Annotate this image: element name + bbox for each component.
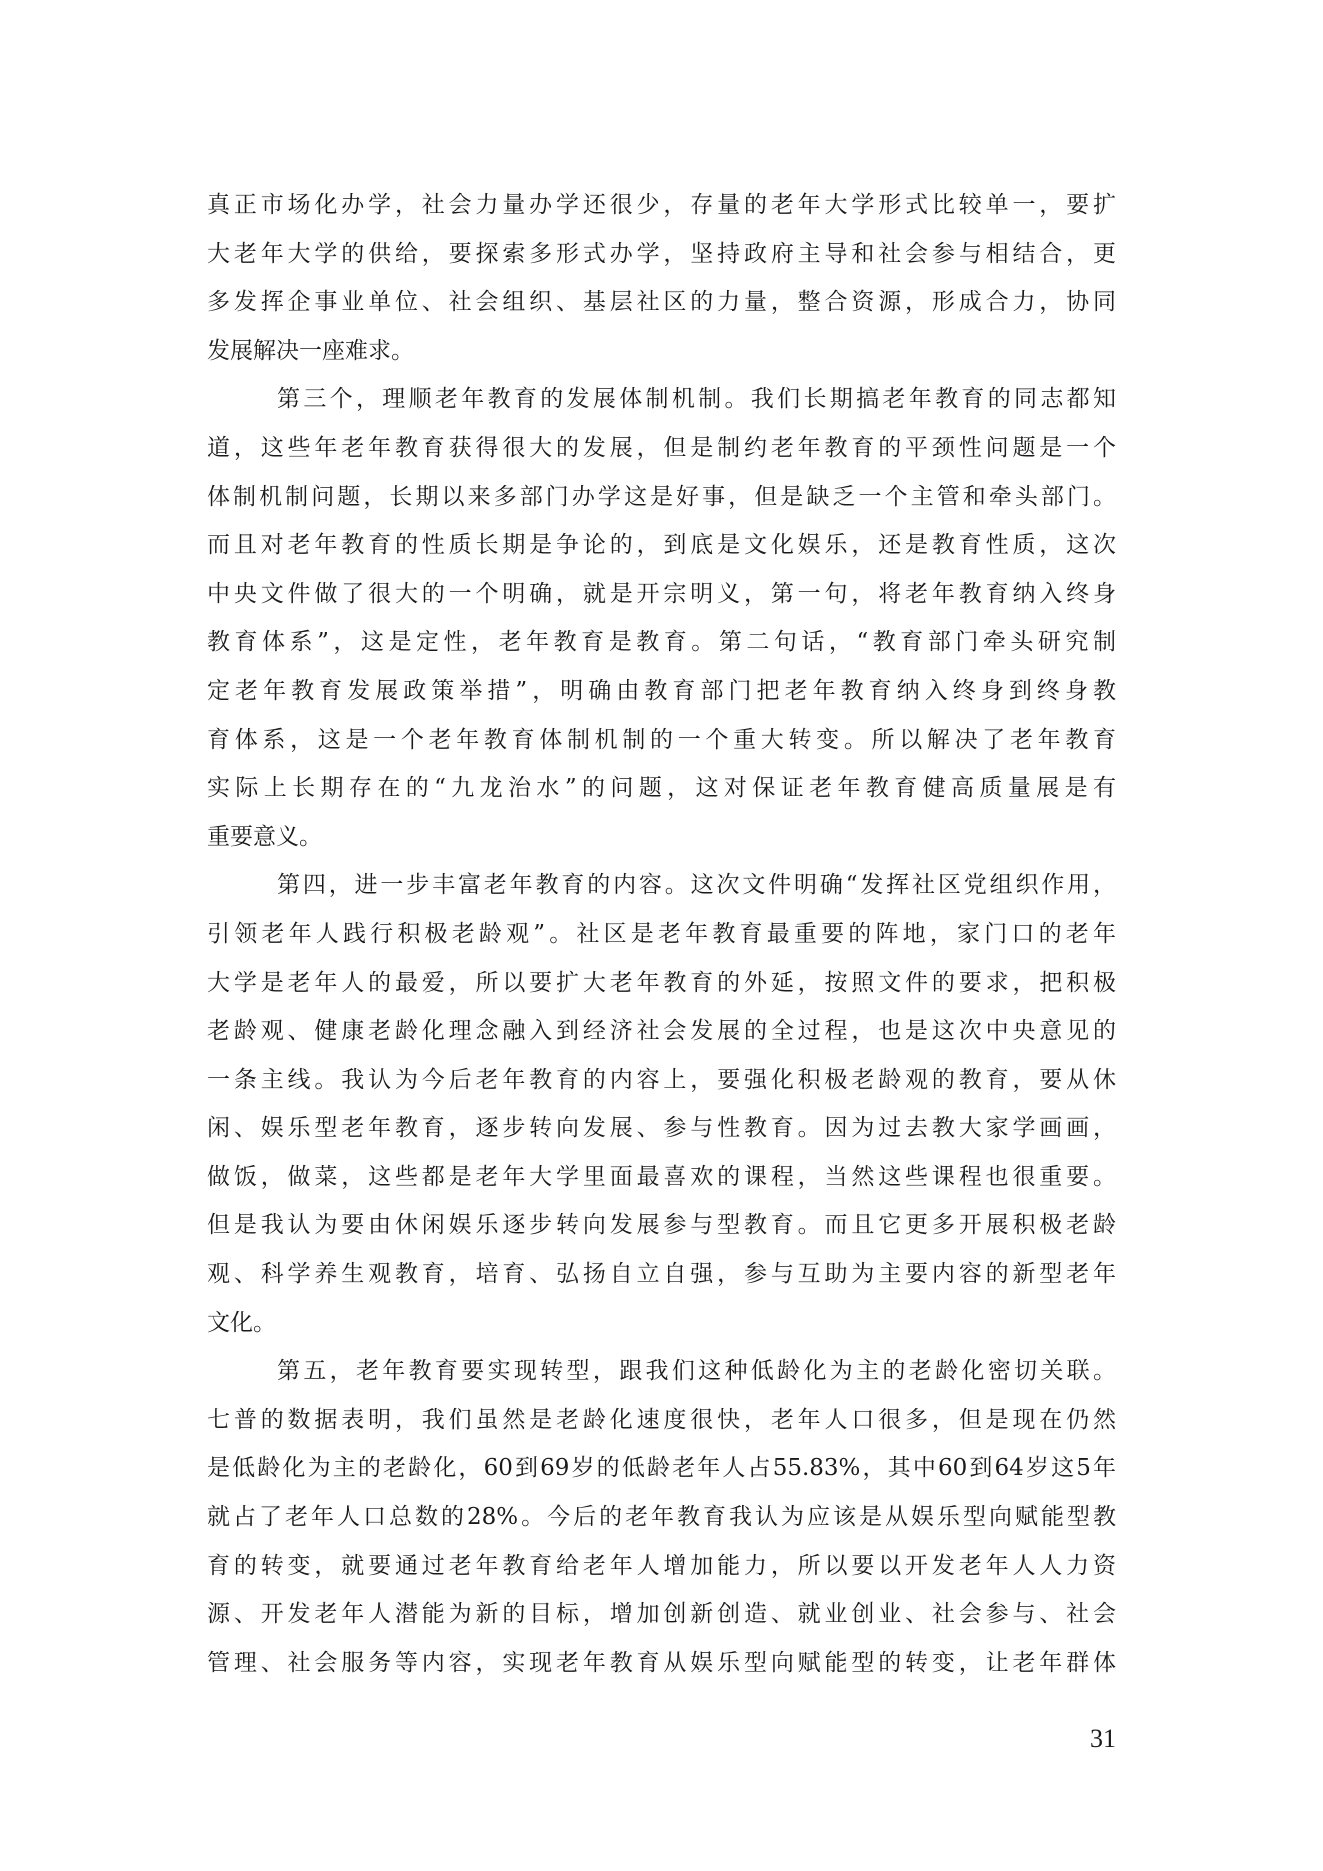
text-line: 育体系，这是一个老年教育体制机制的一个重大转变。所以解决了老年教育	[207, 716, 1116, 765]
paragraph-4: 第五，老年教育要实现转型，跟我们这种低龄化为主的老龄化密切关联。 七普的数据表明…	[207, 1347, 1116, 1687]
text-line: 就占了老年人口总数的28%。今后的老年教育我认为应该是从娱乐型向赋能型教	[207, 1493, 1116, 1542]
text-line: 体制机制问题，长期以来多部门办学这是好事，但是缺乏一个主管和牵头部门。	[207, 473, 1116, 522]
text-line: 文化。	[207, 1299, 1116, 1348]
paragraph-3: 第四，进一步丰富老年教育的内容。这次文件明确“发挥社区党组织作用， 引领老年人践…	[207, 861, 1116, 1347]
text-line: 观、科学养生观教育，培育、弘扬自立自强，参与互助为主要内容的新型老年	[207, 1250, 1116, 1299]
page-number: 31	[1090, 1724, 1116, 1754]
text-line: 引领老年人践行积极老龄观”。社区是老年教育最重要的阵地，家门口的老年	[207, 910, 1116, 959]
text-line: 第五，老年教育要实现转型，跟我们这种低龄化为主的老龄化密切关联。	[207, 1347, 1116, 1396]
text-line: 是低龄化为主的老龄化，60到69岁的低龄老年人占55.83%，其中60到64岁这…	[207, 1444, 1116, 1493]
text-line: 老龄观、健康老龄化理念融入到经济社会发展的全过程，也是这次中央意见的	[207, 1007, 1116, 1056]
body-text: 真正市场化办学，社会力量办学还很少，存量的老年大学形式比较单一，要扩 大老年大学…	[207, 181, 1116, 1687]
text-line: 管理、社会服务等内容，实现老年教育从娱乐型向赋能型的转变，让老年群体	[207, 1639, 1116, 1688]
text-line: 定老年教育发展政策举措”，明确由教育部门把老年教育纳入终身到终身教	[207, 667, 1116, 716]
document-page: 真正市场化办学，社会力量办学还很少，存量的老年大学形式比较单一，要扩 大老年大学…	[0, 0, 1323, 1871]
paragraph-1: 真正市场化办学，社会力量办学还很少，存量的老年大学形式比较单一，要扩 大老年大学…	[207, 181, 1116, 375]
text-line: 道，这些年老年教育获得很大的发展，但是制约老年教育的平颈性问题是一个	[207, 424, 1116, 473]
text-line: 真正市场化办学，社会力量办学还很少，存量的老年大学形式比较单一，要扩	[207, 181, 1116, 230]
text-line: 但是我认为要由休闲娱乐逐步转向发展参与型教育。而且它更多开展积极老龄	[207, 1201, 1116, 1250]
text-line: 实际上长期存在的“九龙治水”的问题，这对保证老年教育健高质量展是有	[207, 764, 1116, 813]
text-line: 大学是老年人的最爱，所以要扩大老年教育的外延，按照文件的要求，把积极	[207, 959, 1116, 1008]
text-line: 源、开发老年人潜能为新的目标，增加创新创造、就业创业、社会参与、社会	[207, 1590, 1116, 1639]
paragraph-2: 第三个，理顺老年教育的发展体制机制。我们长期搞老年教育的同志都知 道，这些年老年…	[207, 375, 1116, 861]
text-line: 育的转变，就要通过老年教育给老年人增加能力，所以要以开发老年人人力资	[207, 1542, 1116, 1591]
text-line: 重要意义。	[207, 813, 1116, 862]
text-line: 而且对老年教育的性质长期是争论的，到底是文化娱乐，还是教育性质，这次	[207, 521, 1116, 570]
text-line: 多发挥企事业单位、社会组织、基层社区的力量，整合资源，形成合力，协同	[207, 278, 1116, 327]
text-line: 一条主线。我认为今后老年教育的内容上，要强化积极老龄观的教育，要从休	[207, 1056, 1116, 1105]
text-line: 七普的数据表明，我们虽然是老龄化速度很快，老年人口很多，但是现在仍然	[207, 1396, 1116, 1445]
text-line: 第三个，理顺老年教育的发展体制机制。我们长期搞老年教育的同志都知	[207, 375, 1116, 424]
text-line: 大老年大学的供给，要探索多形式办学，坚持政府主导和社会参与相结合，更	[207, 230, 1116, 279]
text-line: 闲、娱乐型老年教育，逐步转向发展、参与性教育。因为过去教大家学画画，	[207, 1104, 1116, 1153]
text-line: 做饭，做菜，这些都是老年大学里面最喜欢的课程，当然这些课程也很重要。	[207, 1153, 1116, 1202]
text-line: 中央文件做了很大的一个明确，就是开宗明义，第一句，将老年教育纳入终身	[207, 570, 1116, 619]
text-line: 教育体系”，这是定性，老年教育是教育。第二句话，“教育部门牵头研究制	[207, 618, 1116, 667]
text-line: 第四，进一步丰富老年教育的内容。这次文件明确“发挥社区党组织作用，	[207, 861, 1116, 910]
text-line: 发展解决一座难求。	[207, 327, 1116, 376]
